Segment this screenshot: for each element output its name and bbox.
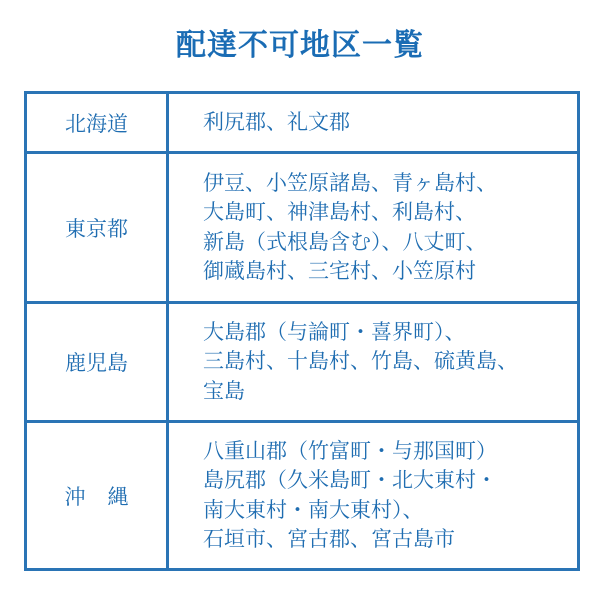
region-label: 沖縄: [27, 423, 169, 568]
area-line: 伊豆、小笠原諸島、青ヶ島村、: [203, 169, 573, 199]
region-label: 鹿児島: [27, 304, 169, 420]
table-row-hokkaido: 北海道 利尻郡、礼文郡: [27, 94, 577, 154]
area-line: 大島町、神津島村、利島村、: [203, 198, 573, 228]
region-areas: 八重山郡（竹富町・与那国町） 島尻郡（久米島町・北大東村・ 南大東村・南大東村）…: [203, 423, 573, 568]
area-line: 新島（式根島含む）、八丈町、: [203, 228, 573, 258]
region-label: 東京都: [27, 154, 169, 301]
region-areas: 利尻郡、礼文郡: [203, 94, 573, 151]
area-line: 利尻郡、礼文郡: [203, 108, 573, 138]
area-line: 大島郡（与論町・喜界町）、: [203, 318, 573, 348]
area-line: 御蔵島村、三宅村、小笠原村: [203, 257, 573, 287]
region-label: 北海道: [27, 94, 169, 151]
table-row-kagoshima: 鹿児島 大島郡（与論町・喜界町）、 三島村、十島村、竹島、硫黄島、 宝島: [27, 304, 577, 423]
area-line: 三島村、十島村、竹島、硫黄島、: [203, 347, 573, 377]
undeliverable-areas-table: 北海道 利尻郡、礼文郡 東京都 伊豆、小笠原諸島、青ヶ島村、 大島町、神津島村、…: [24, 91, 580, 571]
area-line: 宝島: [203, 377, 573, 407]
region-areas: 大島郡（与論町・喜界町）、 三島村、十島村、竹島、硫黄島、 宝島: [203, 304, 573, 420]
area-line: 石垣市、宮古郡、宮古島市: [203, 525, 573, 555]
region-areas: 伊豆、小笠原諸島、青ヶ島村、 大島町、神津島村、利島村、 新島（式根島含む）、八…: [203, 154, 573, 301]
page-title: 配達不可地区一覧: [0, 26, 600, 66]
area-line: 島尻郡（久米島町・北大東村・: [203, 466, 573, 496]
table-row-tokyo: 東京都 伊豆、小笠原諸島、青ヶ島村、 大島町、神津島村、利島村、 新島（式根島含…: [27, 154, 577, 304]
area-line: 南大東村・南大東村）、: [203, 496, 573, 526]
table-row-okinawa: 沖縄 八重山郡（竹富町・与那国町） 島尻郡（久米島町・北大東村・ 南大東村・南大…: [27, 423, 577, 568]
area-line: 八重山郡（竹富町・与那国町）: [203, 437, 573, 467]
